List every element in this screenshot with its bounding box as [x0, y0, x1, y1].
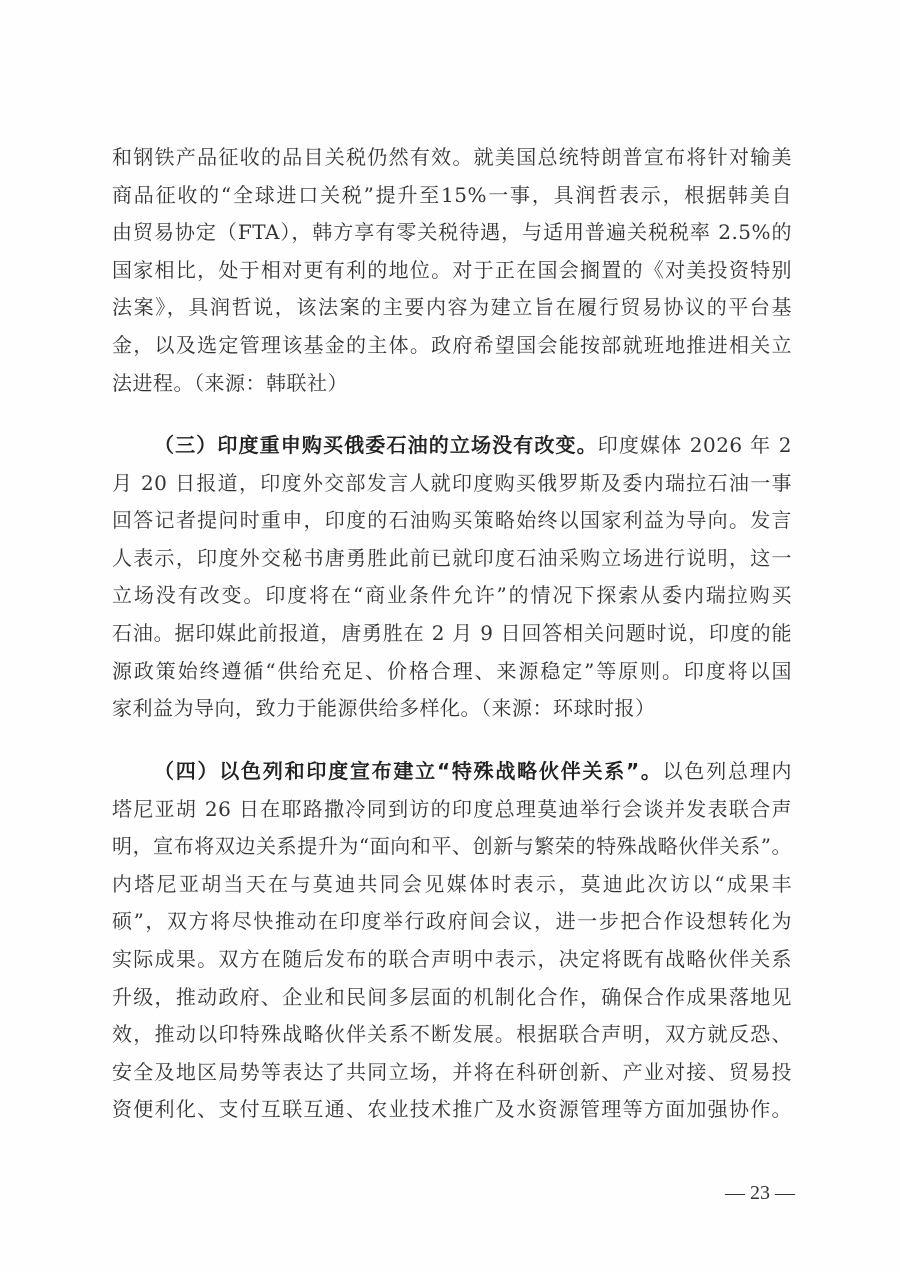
text-line: 法案》，具润哲说，该法案的主要内容为建立旨在履行贸易协议的平台基 — [112, 289, 792, 327]
text-line: 实际成果。双方在随后发布的联合声明中表示，决定将既有战略伙伴关系 — [112, 941, 792, 979]
section-india-oil: （三）印度重申购买俄委石油的立场没有改变。印度媒体 2026 年 2 月 20 … — [112, 427, 792, 728]
heading-continuation: 印度媒体 2026 年 2 — [598, 433, 792, 457]
text-line: 由贸易协定（FTA），韩方享有零关税待遇，与适用普遍关税税率 2.5%的 — [112, 214, 792, 252]
section-heading: （四）以色列和印度宣布建立“特殊战略伙伴关系”。 — [154, 759, 663, 783]
text-line: 资便利化、支付互联互通、农业技术推广及水资源管理等方面加强协作。 — [112, 1091, 792, 1129]
text-line: 源政策始终遵循“供给充足、价格合理、来源稳定”等原则。印度将以国 — [112, 653, 792, 691]
text-line: 和钢铁产品征收的品目关税仍然有效。就美国总统特朗普宣布将针对输美 — [112, 139, 792, 177]
text-line: 家利益为导向，致力于能源供给多样化。（来源：环球时报） — [112, 690, 792, 728]
text-line: 立场没有改变。印度将在“商业条件允许”的情况下探索从委内瑞拉购买 — [112, 577, 792, 615]
text-line: 明，宣布将双边关系提升为“面向和平、创新与繁荣的特殊战略伙伴关系”。 — [112, 828, 792, 866]
section-israel-india: （四）以色列和印度宣布建立“特殊战略伙伴关系”。以色列总理内 塔尼亚胡 26 日… — [112, 753, 792, 1129]
section-first-line: （三）印度重申购买俄委石油的立场没有改变。印度媒体 2026 年 2 — [112, 427, 792, 465]
text-line: 金，以及选定管理该基金的主体。政府希望国会能按部就班地推进相关立 — [112, 327, 792, 365]
text-line: 商品征收的“全球进口关税”提升至15%一事，具润哲表示，根据韩美自 — [112, 177, 792, 215]
text-line: 国家相比，处于相对更有利的地位。对于正在国会搁置的《对美投资特别 — [112, 252, 792, 290]
text-line: 硕”，双方将尽快推动在印度举行政府间会议，进一步把合作设想转化为 — [112, 903, 792, 941]
section-first-line: （四）以色列和印度宣布建立“特殊战略伙伴关系”。以色列总理内 — [112, 753, 792, 791]
text-line: 法进程。（来源：韩联社） — [112, 365, 792, 403]
text-line: 内塔尼亚胡当天在与莫迪共同会见媒体时表示，莫迪此次访以“成果丰 — [112, 866, 792, 904]
document-page: 和钢铁产品征收的品目关税仍然有效。就美国总统特朗普宣布将针对输美 商品征收的“全… — [0, 0, 900, 1272]
text-line: 月 20 日报道，印度外交部发言人就印度购买俄罗斯及委内瑞拉石油一事 — [112, 465, 792, 503]
text-line: 石油。据印媒此前报道，唐勇胜在 2 月 9 日回答相关问题时说，印度的能 — [112, 615, 792, 653]
heading-continuation: 以色列总理内 — [663, 759, 792, 783]
text-line: 安全及地区局势等表达了共同立场，并将在科研创新、产业对接、贸易投 — [112, 1054, 792, 1092]
text-line: 效，推动以印特殊战略伙伴关系不断发展。根据联合声明，双方就反恐、 — [112, 1016, 792, 1054]
text-line: 塔尼亚胡 26 日在耶路撒冷同到访的印度总理莫迪举行会谈并发表联合声 — [112, 791, 792, 829]
section-heading: （三）印度重申购买俄委石油的立场没有改变。 — [154, 433, 598, 457]
text-line: 人表示，印度外交秘书唐勇胜此前已就印度石油采购立场进行说明，这一 — [112, 540, 792, 578]
paragraph-korea-tariff: 和钢铁产品征收的品目关税仍然有效。就美国总统特朗普宣布将针对输美 商品征收的“全… — [112, 139, 792, 402]
page-number: — 23 — — [720, 1182, 800, 1205]
text-line: 回答记者提问时重申，印度的石油购买策略始终以国家利益为导向。发言 — [112, 502, 792, 540]
text-line: 升级，推动政府、企业和民间多层面的机制化合作，确保合作成果落地见 — [112, 979, 792, 1017]
